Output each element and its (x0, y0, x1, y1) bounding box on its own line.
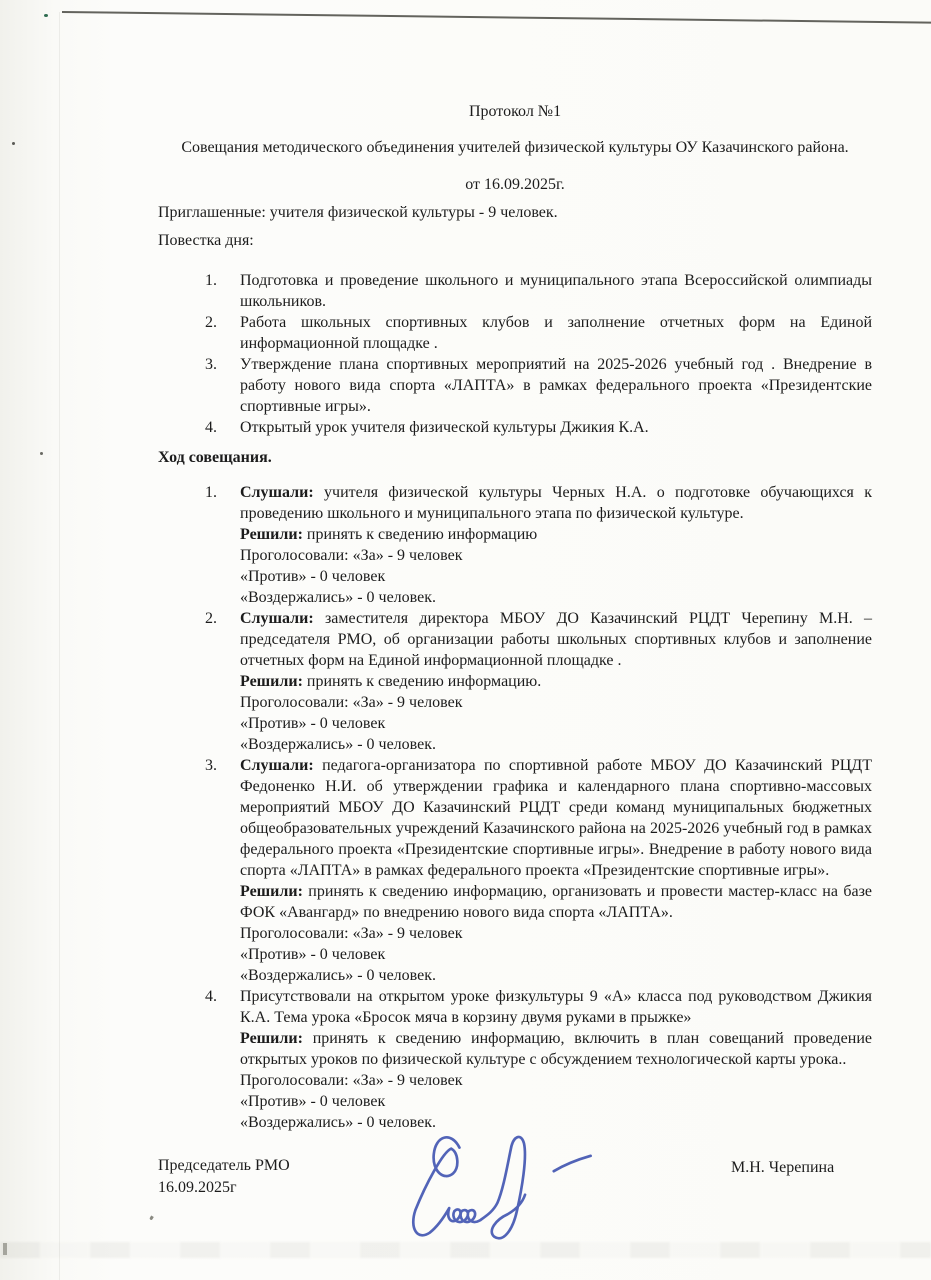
signer-role: Председатель РМО (158, 1155, 290, 1177)
heard-text: Присутствовали на открытом уроке физкуль… (240, 988, 872, 1026)
proceedings-item: 3. Слушали: педагога-организатора по спо… (158, 755, 872, 986)
proceedings-list: 1. Слушали: учителя физической культуры … (158, 482, 872, 1133)
scan-speck (40, 452, 43, 455)
agenda-item: 3. Утверждение плана спортивных мероприя… (158, 354, 872, 417)
agenda-list: 1. Подготовка и проведение школьного и м… (158, 270, 872, 438)
heard-paragraph: Слушали: учителя физической культуры Чер… (240, 482, 872, 524)
agenda-item-number: 1. (205, 270, 240, 291)
vote-abstained-line: «Воздержались» - 0 человек. (240, 587, 872, 608)
decided-text: принять к сведению информацию, организов… (240, 883, 872, 921)
decided-text: принять к сведению информацию (307, 526, 537, 543)
agenda-item: 1. Подготовка и проведение школьного и м… (158, 270, 872, 312)
vote-for-line: Проголосовали: «За» - 9 человек (240, 692, 872, 713)
scan-speck (44, 14, 48, 17)
proceedings-item-number: 2. (205, 608, 240, 629)
handwritten-signature (400, 1124, 605, 1244)
vote-for-line: Проголосовали: «За» - 9 человек (240, 545, 872, 566)
document-body: Протокол №1 Совещания методического объе… (158, 0, 872, 1133)
proceedings-item-number: 4. (205, 986, 240, 1007)
signer-name: М.Н. Черепина (731, 1157, 834, 1178)
footer-signer-block: Председатель РМО 16.09.2025г (158, 1155, 290, 1199)
heard-paragraph: Слушали: заместителя директора МБОУ ДО К… (240, 608, 872, 671)
signature-strokes (413, 1137, 590, 1238)
proceedings-item: 2. Слушали: заместителя директора МБОУ Д… (158, 608, 872, 755)
decided-text: принять к сведению информацию, включить … (240, 1030, 872, 1068)
agenda-item-text: Утверждение плана спортивных мероприятий… (240, 354, 872, 417)
doc-date-line: от 16.09.2025г. (158, 174, 872, 195)
decided-label: Решили: (240, 883, 308, 900)
proceedings-item-number: 1. (205, 482, 240, 503)
paper-edge-shadow (59, 12, 60, 1280)
scan-speck (12, 142, 15, 145)
proceedings-item: 1. Слушали: учителя физической культуры … (158, 482, 872, 608)
decided-text: принять к сведению информацию. (307, 673, 541, 690)
doc-subtitle: Совещания методического объединения учит… (158, 137, 872, 158)
vote-against-line: «Против» - 0 человек (240, 566, 872, 587)
heard-text: педагога-организатора по спортивной рабо… (240, 757, 872, 879)
footer-date: 16.09.2025г (158, 1177, 290, 1199)
proceedings-item: 4. Присутствовали на открытом уроке физк… (158, 986, 872, 1133)
heard-label: Слушали: (240, 757, 322, 774)
agenda-item-number: 4. (205, 417, 240, 438)
vote-for-line: Проголосовали: «За» - 9 человек (240, 1070, 872, 1091)
vote-abstained-line: «Воздержались» - 0 человек. (240, 965, 872, 986)
decided-paragraph: Решили: принять к сведению информацию, о… (240, 881, 872, 923)
agenda-item-number: 2. (205, 312, 240, 333)
agenda-item: 4. Открытый урок учителя физической куль… (158, 417, 872, 438)
heard-label: Слушали: (240, 484, 324, 501)
decided-paragraph: Решили: принять к сведению информацию. (240, 671, 872, 692)
heard-text: учителя физической культуры Черных Н.А. … (240, 484, 872, 522)
scanned-document-page: Протокол №1 Совещания методического объе… (0, 0, 931, 1280)
heard-text: заместителя директора МБОУ ДО Казачински… (240, 610, 872, 669)
agenda-item: 2. Работа школьных спортивных клубов и з… (158, 312, 872, 354)
vote-for-line: Проголосовали: «За» - 9 человек (240, 923, 872, 944)
agenda-item-text: Подготовка и проведение школьного и муни… (240, 270, 872, 312)
heard-label: Слушали: (240, 610, 325, 627)
vote-abstained-line: «Воздержались» - 0 человек. (240, 734, 872, 755)
decided-paragraph: Решили: принять к сведению информацию (240, 524, 872, 545)
scan-corner-mark (3, 1243, 7, 1255)
heard-paragraph: Присутствовали на открытом уроке физкуль… (240, 986, 872, 1028)
agenda-heading: Повестка дня: (158, 230, 872, 251)
agenda-item-text: Открытый урок учителя физической культур… (240, 417, 872, 438)
vote-against-line: «Против» - 0 человек (240, 713, 872, 734)
decided-label: Решили: (240, 673, 307, 690)
proceedings-heading: Ход совещания. (158, 447, 872, 468)
scan-bottom-shadow (0, 1242, 931, 1258)
vote-against-line: «Против» - 0 человек (240, 944, 872, 965)
scan-speck (149, 1216, 154, 1221)
invited-line: Приглашенные: учителя физической культур… (158, 202, 872, 223)
decided-paragraph: Решили: принять к сведению информацию, в… (240, 1028, 872, 1070)
agenda-item-text: Работа школьных спортивных клубов и запо… (240, 312, 872, 354)
decided-label: Решили: (240, 526, 307, 543)
proceedings-item-number: 3. (205, 755, 240, 776)
heard-paragraph: Слушали: педагога-организатора по спорти… (240, 755, 872, 881)
decided-label: Решили: (240, 1030, 313, 1047)
doc-title: Протокол №1 (158, 101, 872, 122)
agenda-item-number: 3. (205, 354, 240, 375)
vote-against-line: «Против» - 0 человек (240, 1091, 872, 1112)
